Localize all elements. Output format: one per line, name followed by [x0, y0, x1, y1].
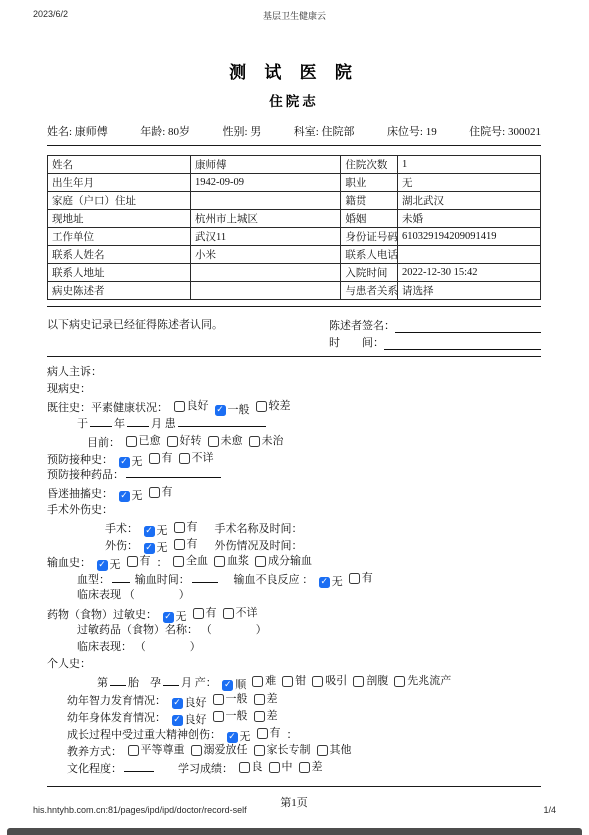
checkbox-option[interactable]: 差	[254, 691, 278, 708]
checkbox-unchecked-icon[interactable]	[179, 453, 190, 464]
checkbox-option[interactable]: 有	[174, 519, 198, 536]
form-line: 现病史：	[47, 381, 541, 398]
checkbox-option[interactable]: 平等尊重	[128, 742, 185, 759]
form-line: 过敏药品（食物）名称： （ ）	[47, 622, 541, 639]
table-cell-value	[190, 264, 340, 282]
checkbox-option[interactable]: 剖腹	[353, 673, 388, 690]
checkbox-unchecked-icon[interactable]	[167, 436, 178, 447]
form-line: 手术： ✓无有 手术名称及时间：	[47, 519, 541, 536]
consent-section: 以下病史记录已经征得陈述者认同。 陈述者签名： 时 间：	[47, 316, 541, 350]
form-text: 幼年身体发育情况：	[67, 712, 172, 724]
blank-underline	[124, 761, 154, 772]
checkbox-unchecked-icon[interactable]	[254, 745, 265, 756]
form-text: 输血不良反应 ：	[220, 574, 319, 586]
checkbox-option[interactable]: 有	[349, 570, 373, 587]
checkbox-option[interactable]: 其他	[317, 742, 352, 759]
checkbox-option[interactable]: 钳	[282, 673, 306, 690]
table-cell-value: 无	[398, 174, 541, 192]
checkbox-unchecked-icon[interactable]	[256, 401, 267, 412]
print-url: his.hntyhb.com.cn:81/pages/ipd/ipd/docto…	[33, 805, 247, 815]
checkbox-label: 先兆流产	[407, 673, 451, 690]
form-line: 教养方式： 平等尊重溺爱放任家长专制其他	[47, 742, 541, 759]
checkbox-label: 有	[162, 450, 173, 467]
form-text: 药物（食物）过敏史：	[47, 609, 163, 621]
checkbox-label: 中	[282, 759, 293, 776]
checkbox-unchecked-icon[interactable]	[257, 728, 268, 739]
bottom-window-strip	[7, 828, 582, 835]
form-text: 临床表现： （ ）	[77, 641, 201, 653]
form-line: 文化程度： 学习成绩： 良中差	[47, 759, 541, 776]
form-line: 个人史：	[47, 656, 541, 673]
checkbox-checked-icon[interactable]: ✓	[119, 491, 130, 502]
form-line: 目前： 已愈好转未愈未治	[47, 433, 541, 450]
checkbox-option[interactable]: 未治	[249, 433, 284, 450]
checkbox-unchecked-icon[interactable]	[191, 745, 202, 756]
table-cell-value: 610329194209091419	[398, 228, 541, 246]
checkbox-label: 差	[267, 691, 278, 708]
table-cell-value: 小米	[190, 246, 340, 264]
blank-underline	[127, 416, 149, 427]
form-line: 临床表现： （ ）	[47, 639, 541, 656]
checkbox-label: 有	[187, 536, 198, 553]
form-text: 昏迷抽搐史：	[47, 488, 119, 500]
print-preview-page: 2023/6/2 基层卫生健康云 测 试 医 院 住院志 姓名: 康师傅年龄: …	[0, 0, 589, 835]
form-text: 外伤：	[105, 540, 144, 552]
table-cell-label: 职业	[341, 174, 398, 192]
checkbox-unchecked-icon[interactable]	[394, 676, 405, 687]
checkbox-unchecked-icon[interactable]	[255, 556, 266, 567]
checkbox-label: 有	[187, 519, 198, 536]
summary-field: 住院号: 300021	[469, 123, 541, 139]
checkbox-label: 无	[332, 574, 343, 591]
checkbox-option[interactable]: 良好	[174, 398, 209, 415]
checkbox-label: 已愈	[139, 433, 161, 450]
document-content: 测 试 医 院 住院志 姓名: 康师傅年龄: 80岁性别: 男科室: 住院部床位…	[47, 58, 541, 810]
page-indicator: 1/4	[543, 805, 556, 815]
table-cell-value: 武汉11	[190, 228, 340, 246]
checkbox-label: 有	[270, 725, 281, 742]
table-row: 联系人地址 入院时间2022-12-30 15:42	[48, 264, 541, 282]
checkbox-label: 成分输血	[268, 553, 312, 570]
summary-field: 姓名: 康师傅	[47, 123, 108, 139]
blank-underline	[192, 572, 218, 583]
checkbox-option[interactable]: ✓无	[319, 574, 343, 591]
table-cell-label: 联系人电话	[341, 246, 398, 264]
checkbox-option[interactable]: 溺爱放任	[191, 742, 248, 759]
table-cell-label: 联系人地址	[48, 264, 191, 282]
form-line: 预防接种史： ✓无有不详	[47, 450, 541, 467]
checkbox-label: 家长专制	[267, 742, 311, 759]
form-text: 胎 孕	[128, 677, 161, 689]
form-text: 病人主诉：	[47, 366, 102, 378]
table-cell-value: 康师傅	[190, 156, 340, 174]
table-cell-value: 1	[398, 156, 541, 174]
form-line: 既往史：平素健康状况： 良好✓一般较差	[47, 398, 541, 415]
blank-underline	[126, 467, 221, 478]
divider	[47, 145, 541, 146]
patient-summary-row: 姓名: 康师傅年龄: 80岁性别: 男科室: 住院部床位号: 19住院号: 30…	[47, 123, 541, 139]
table-row: 现地址杭州市上城区婚姻未婚	[48, 210, 541, 228]
table-cell-label: 现地址	[48, 210, 191, 228]
checkbox-option[interactable]: 良	[239, 759, 263, 776]
checkbox-label: 钳	[295, 673, 306, 690]
checkbox-unchecked-icon[interactable]	[174, 522, 185, 533]
form-text: 目前：	[87, 437, 126, 449]
checkbox-option[interactable]: 难	[252, 673, 276, 690]
table-cell-value: 杭州市上城区	[190, 210, 340, 228]
checkbox-option[interactable]: 有	[193, 605, 217, 622]
blank-underline	[90, 416, 112, 427]
checkbox-option[interactable]: 有	[257, 725, 281, 742]
table-cell-label: 病史陈述者	[48, 282, 191, 300]
summary-field: 年龄: 80岁	[140, 123, 190, 139]
checkbox-unchecked-icon[interactable]	[149, 487, 160, 498]
table-row: 姓名康师傅住院次数1	[48, 156, 541, 174]
checkbox-unchecked-icon[interactable]	[299, 762, 310, 773]
table-row: 联系人姓名小米联系人电话	[48, 246, 541, 264]
form-line: 外伤： ✓无有 外伤情况及时间：	[47, 536, 541, 553]
checkbox-unchecked-icon[interactable]	[208, 436, 219, 447]
divider	[47, 306, 541, 307]
table-cell-label: 联系人姓名	[48, 246, 191, 264]
checkbox-option[interactable]: 有	[149, 484, 173, 501]
print-footer: his.hntyhb.com.cn:81/pages/ipd/ipd/docto…	[33, 805, 556, 815]
checkbox-option[interactable]: 血浆	[214, 553, 249, 570]
site-name: 基层卫生健康云	[263, 9, 326, 22]
form-line: 成长过程中受过重大精神创伤： ✓无有：	[47, 725, 541, 742]
checkbox-label: 不详	[192, 450, 214, 467]
form-text: 教养方式：	[67, 746, 128, 758]
table-row: 病史陈述者 与患者关系请选择	[48, 282, 541, 300]
checkbox-option[interactable]: 有	[174, 536, 198, 553]
checkbox-unchecked-icon[interactable]	[149, 453, 160, 464]
form-line: 幼年身体发育情况： ✓良好一般差	[47, 708, 541, 725]
table-cell-value: 1942-09-09	[190, 174, 340, 192]
table-cell-label: 出生年月	[48, 174, 191, 192]
checkbox-label: 较差	[269, 398, 291, 415]
form-text: 第	[97, 677, 108, 689]
checkbox-label: 有	[206, 605, 217, 622]
checkbox-label: 吸引	[325, 673, 347, 690]
table-cell-label: 家庭（户口）住址	[48, 192, 191, 210]
checkbox-option[interactable]: ✓无	[119, 488, 143, 505]
checkbox-option[interactable]: 有	[149, 450, 173, 467]
checkbox-unchecked-icon[interactable]	[128, 745, 139, 756]
table-cell-label: 与患者关系	[341, 282, 398, 300]
form-text: 过敏药品（食物）名称： （ ）	[77, 624, 267, 636]
checkbox-option[interactable]: 先兆流产	[394, 673, 451, 690]
form-line: 药物（食物）过敏史： ✓无有不详	[47, 605, 541, 622]
checkbox-unchecked-icon[interactable]	[239, 762, 250, 773]
checkbox-label: 全血	[186, 553, 208, 570]
checkbox-option[interactable]: 差	[299, 759, 323, 776]
table-cell-label: 工作单位	[48, 228, 191, 246]
form-text: 文化程度：	[67, 763, 122, 775]
table-cell-value	[190, 282, 340, 300]
divider	[47, 786, 541, 787]
summary-field: 科室: 住院部	[294, 123, 355, 139]
blank-underline	[112, 572, 130, 583]
checkbox-unchecked-icon[interactable]	[254, 694, 265, 705]
table-cell-value: 湖北武汉	[398, 192, 541, 210]
checkbox-label: 无	[132, 488, 143, 505]
form-line: 血型： 输血时间： 输血不良反应 ： ✓无有	[47, 570, 541, 587]
checkbox-option[interactable]: 一般	[213, 691, 248, 708]
checkbox-label: 平等尊重	[141, 742, 185, 759]
form-text: 既往史：平素健康状况：	[47, 402, 174, 414]
checkbox-label: 有	[140, 553, 151, 570]
checkbox-unchecked-icon[interactable]	[213, 711, 224, 722]
checkbox-option[interactable]: 家长专制	[254, 742, 311, 759]
summary-field: 床位号: 19	[387, 123, 437, 139]
checkbox-option[interactable]: 未愈	[208, 433, 243, 450]
checkbox-option[interactable]: 较差	[256, 398, 291, 415]
table-row: 出生年月1942-09-09职业无	[48, 174, 541, 192]
table-cell-label: 住院次数	[341, 156, 398, 174]
checkbox-option[interactable]: 一般	[213, 708, 248, 725]
checkbox-option[interactable]: 不详	[179, 450, 214, 467]
form-text: 输血时间：	[132, 574, 190, 586]
form-text: ：	[287, 729, 298, 741]
table-row: 工作单位武汉11身份证号码610329194209091419	[48, 228, 541, 246]
form-text: 学习成绩：	[156, 763, 239, 775]
checkbox-option[interactable]: 吸引	[312, 673, 347, 690]
form-text: 现病史：	[47, 383, 91, 395]
blank-underline	[178, 416, 266, 427]
checkbox-option[interactable]: 成分输血	[255, 553, 312, 570]
checkbox-unchecked-icon[interactable]	[252, 676, 263, 687]
form-text: 预防接种药品：	[47, 469, 124, 481]
table-cell-label: 婚姻	[341, 210, 398, 228]
form-line: 病人主诉：	[47, 364, 541, 381]
form-line: 输血史： ✓无有： 全血血浆成分输血	[47, 553, 541, 570]
checkbox-label: 其他	[330, 742, 352, 759]
checkbox-label: 血浆	[227, 553, 249, 570]
checkbox-label: 差	[312, 759, 323, 776]
medical-history-form: 病人主诉：现病史：既往史：平素健康状况： 良好✓一般较差于年月 患目前： 已愈好…	[47, 364, 541, 777]
table-row: 家庭（户口）住址 籍贯湖北武汉	[48, 192, 541, 210]
summary-field: 性别: 男	[222, 123, 261, 139]
table-cell-label: 身份证号码	[341, 228, 398, 246]
consent-statement: 以下病史记录已经征得陈述者认同。	[47, 316, 223, 350]
checkbox-option[interactable]: 好转	[167, 433, 202, 450]
form-text: ：	[157, 557, 174, 569]
checkbox-unchecked-icon[interactable]	[317, 745, 328, 756]
time-blank-line	[384, 337, 541, 350]
patient-info-table: 姓名康师傅住院次数1出生年月1942-09-09职业无家庭（户口）住址 籍贯湖北…	[47, 155, 541, 300]
time-label: 时 间：	[329, 334, 384, 350]
form-line: 幼年智力发育情况： ✓良好一般差	[47, 691, 541, 708]
form-line: 临床表现 （ ）	[47, 587, 541, 604]
checkbox-label: 有	[362, 570, 373, 587]
checkbox-unchecked-icon[interactable]	[174, 539, 185, 550]
checkbox-unchecked-icon[interactable]	[349, 573, 360, 584]
checkbox-unchecked-icon[interactable]	[223, 608, 234, 619]
checkbox-unchecked-icon[interactable]	[249, 436, 260, 447]
checkbox-unchecked-icon[interactable]	[254, 711, 265, 722]
checkbox-unchecked-icon[interactable]	[174, 401, 185, 412]
table-cell-label: 姓名	[48, 156, 191, 174]
checkbox-label: 好转	[180, 433, 202, 450]
checkbox-unchecked-icon[interactable]	[213, 694, 224, 705]
form-text: 输血史：	[47, 557, 97, 569]
form-line: 昏迷抽搐史： ✓无有	[47, 484, 541, 501]
checkbox-option[interactable]: 有	[127, 553, 151, 570]
table-cell-label: 籍贯	[341, 192, 398, 210]
checkbox-label: 一般	[226, 708, 248, 725]
checkbox-unchecked-icon[interactable]	[214, 556, 225, 567]
form-text: 月 患	[151, 418, 176, 430]
checkbox-label: 未愈	[221, 433, 243, 450]
checkbox-label: 良好	[187, 398, 209, 415]
checkbox-label: 差	[267, 708, 278, 725]
table-cell-value: 请选择	[398, 282, 541, 300]
checkbox-option[interactable]: 中	[269, 759, 293, 776]
blank-underline	[110, 675, 126, 686]
table-cell-label: 入院时间	[341, 264, 398, 282]
checkbox-label: 有	[162, 484, 173, 501]
form-line: 于年月 患	[47, 416, 541, 433]
signature-label: 陈述者签名：	[329, 317, 395, 333]
checkbox-checked-icon[interactable]: ✓	[319, 577, 330, 588]
checkbox-label: 剖腹	[366, 673, 388, 690]
checkbox-label: 良	[252, 759, 263, 776]
form-text: 年	[114, 418, 125, 430]
checkbox-unchecked-icon[interactable]	[126, 436, 137, 447]
blank-underline	[163, 675, 179, 686]
form-line: 预防接种药品：	[47, 467, 541, 484]
form-text: 成长过程中受过重大精神创伤：	[67, 729, 227, 741]
form-text: 预防接种史：	[47, 454, 119, 466]
form-line: 第胎 孕月 产： ✓顺难钳吸引剖腹先兆流产	[47, 673, 541, 690]
checkbox-label: 不详	[236, 605, 258, 622]
hospital-title: 测 试 医 院	[47, 58, 541, 83]
checkbox-label: 一般	[226, 691, 248, 708]
form-text: 临床表现 （ ）	[77, 589, 190, 601]
divider	[47, 356, 541, 357]
signature-blank-line	[395, 320, 541, 333]
form-text: 外伤情况及时间：	[204, 540, 303, 552]
table-cell-value	[398, 246, 541, 264]
table-cell-value	[190, 192, 340, 210]
consent-signature-block: 陈述者签名： 时 间：	[329, 316, 541, 350]
form-text: 于	[77, 418, 88, 430]
form-text: 血型：	[77, 574, 110, 586]
checkbox-unchecked-icon[interactable]	[282, 676, 293, 687]
form-text: 个人史：	[47, 658, 91, 670]
checkbox-label: 溺爱放任	[204, 742, 248, 759]
checkbox-option[interactable]: 差	[254, 708, 278, 725]
print-date: 2023/6/2	[33, 9, 68, 19]
checkbox-unchecked-icon[interactable]	[312, 676, 323, 687]
form-text: 幼年智力发育情况：	[67, 695, 172, 707]
checkbox-option[interactable]: 不详	[223, 605, 258, 622]
checkbox-unchecked-icon[interactable]	[173, 556, 184, 567]
table-cell-value: 未婚	[398, 210, 541, 228]
checkbox-label: 难	[265, 673, 276, 690]
checkbox-unchecked-icon[interactable]	[353, 676, 364, 687]
print-header: 2023/6/2 基层卫生健康云	[33, 9, 556, 19]
checkbox-unchecked-icon[interactable]	[193, 608, 204, 619]
checkbox-unchecked-icon[interactable]	[127, 556, 138, 567]
checkbox-option[interactable]: 已愈	[126, 433, 161, 450]
form-text: 手术名称及时间：	[204, 523, 303, 535]
checkbox-option[interactable]: 全血	[173, 553, 208, 570]
table-cell-value: 2022-12-30 15:42	[398, 264, 541, 282]
form-text: 手术：	[105, 523, 144, 535]
form-text: 手术外伤史：	[47, 504, 113, 516]
checkbox-unchecked-icon[interactable]	[269, 762, 280, 773]
checkbox-label: 未治	[262, 433, 284, 450]
form-text: 月 产：	[181, 677, 222, 689]
document-title: 住院志	[47, 90, 541, 110]
